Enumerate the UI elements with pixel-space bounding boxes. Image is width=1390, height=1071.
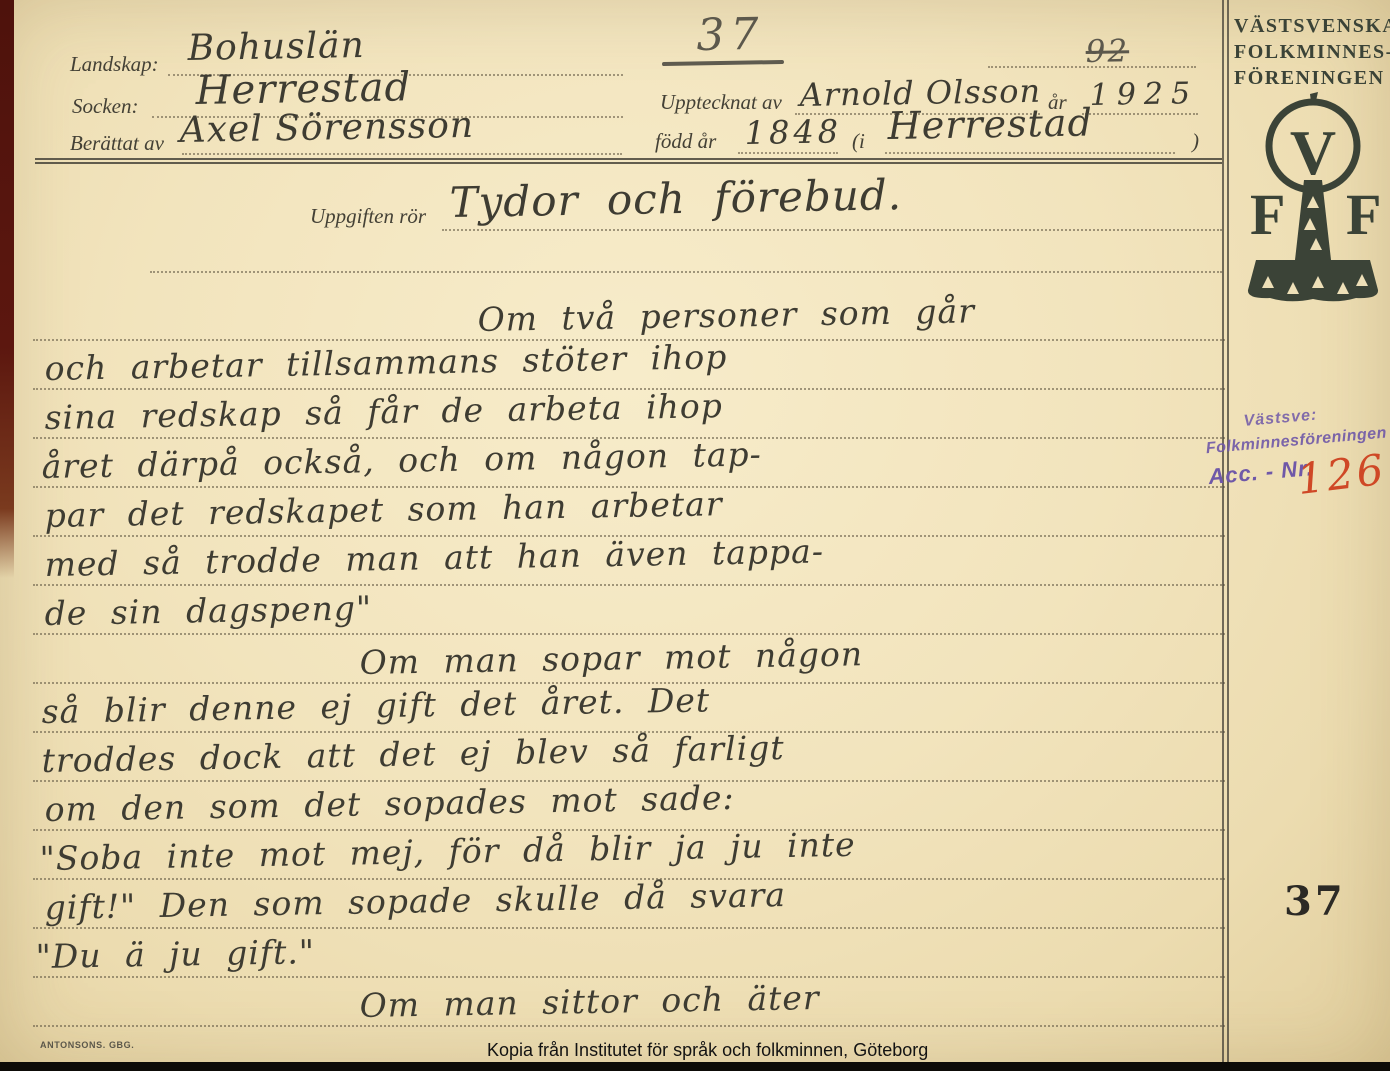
upptecknat-label: Upptecknat av: [660, 90, 782, 115]
crossed-out-number: 92: [1085, 33, 1129, 70]
scanned-document: Landskap: Bohuslän Socken: Herrestad Ber…: [0, 0, 1390, 1071]
subject-label: Uppgiften rör: [310, 204, 426, 229]
body-rule: [33, 633, 1225, 635]
fodd-rule: [738, 152, 838, 154]
thors-hammer-logo: V F F: [1238, 92, 1388, 322]
fodd-value: 1848: [744, 112, 842, 152]
svg-text:V: V: [1290, 117, 1336, 188]
blank-rule: [150, 271, 1222, 273]
subject-value: Tydor och förebud.: [449, 170, 902, 227]
berattat-rule: [182, 153, 622, 155]
body-line-9: så blir denne ej gift det året. Det: [41, 680, 710, 731]
birthplace-paren-close: ): [1192, 129, 1199, 154]
body-rule: [33, 1025, 1225, 1027]
org-name-line3: FÖRENINGEN: [1234, 65, 1390, 91]
body-line-13: gift!" Den som sopade skulle då svara: [44, 875, 786, 927]
berattat-label: Berättat av: [70, 131, 164, 156]
socken-label: Socken:: [72, 94, 138, 119]
landskap-value: Bohuslän: [187, 25, 365, 69]
body-line-1: Om två personer som går: [477, 291, 975, 339]
archive-watermark: Kopia från Institutet för språk och folk…: [487, 1040, 928, 1061]
page-number-underline: [662, 60, 784, 66]
org-name-line1: VÄSTSVENSKA: [1234, 13, 1390, 39]
svg-text:F: F: [1250, 182, 1285, 247]
organization-name: VÄSTSVENSKA FOLKMINNES- FÖRENINGEN: [1234, 13, 1390, 91]
header-divider: [35, 158, 1222, 164]
landskap-label: Landskap:: [70, 52, 159, 77]
body-line-3: sina redskap så får de arbeta ihop: [44, 386, 723, 437]
printer-imprint: ANTONSONS. GBG.: [40, 1040, 134, 1050]
body-line-11: om den som det sopades mot sade:: [44, 778, 735, 829]
scan-edge-bottom: [0, 1062, 1390, 1071]
svg-text:F: F: [1346, 182, 1381, 247]
thors-hammer-icon: V F F: [1238, 92, 1388, 317]
fodd-label: född år: [655, 129, 716, 154]
ar-value: 1925: [1089, 76, 1198, 113]
birthplace-rule: [885, 152, 1175, 154]
column-divider-rule: [1222, 0, 1229, 1062]
body-line-5: par det redskapet som han arbetar: [44, 484, 723, 535]
body-rule: [33, 976, 1225, 978]
body-line-10: troddes dock att det ej blev så farligt: [41, 728, 785, 780]
ar-rule: [1082, 113, 1198, 115]
page-number-stamp: 37: [1284, 878, 1346, 925]
subject-rule: [442, 229, 1222, 231]
body-line-2: och arbetar tillsammans stöter ihop: [44, 337, 727, 388]
birthplace-paren-open: (i: [852, 129, 865, 154]
body-line-8: Om man sopar mot någon: [359, 634, 863, 682]
body-line-4: året därpå också, och om någon tap-: [41, 434, 762, 486]
berattat-value: Axel Sörensson: [179, 105, 474, 151]
org-name-line2: FOLKMINNES-: [1234, 39, 1390, 65]
body-line-6: med så trodde man att han även tappa-: [44, 531, 824, 584]
body-rule: [33, 584, 1225, 586]
body-line-7: de sin dagspeng": [44, 588, 372, 633]
birthplace-value: Herrestad: [887, 100, 1093, 148]
scan-edge-left: [0, 0, 14, 578]
body-rule: [33, 927, 1225, 929]
page-number-pencil: 37: [696, 9, 765, 61]
body-line-15: Om man sittor och äter: [359, 978, 820, 1025]
body-line-14: "Du ä ju gift.": [35, 932, 315, 976]
body-line-12: "Soba inte mot mej, för då blir ja ju in…: [39, 825, 856, 878]
